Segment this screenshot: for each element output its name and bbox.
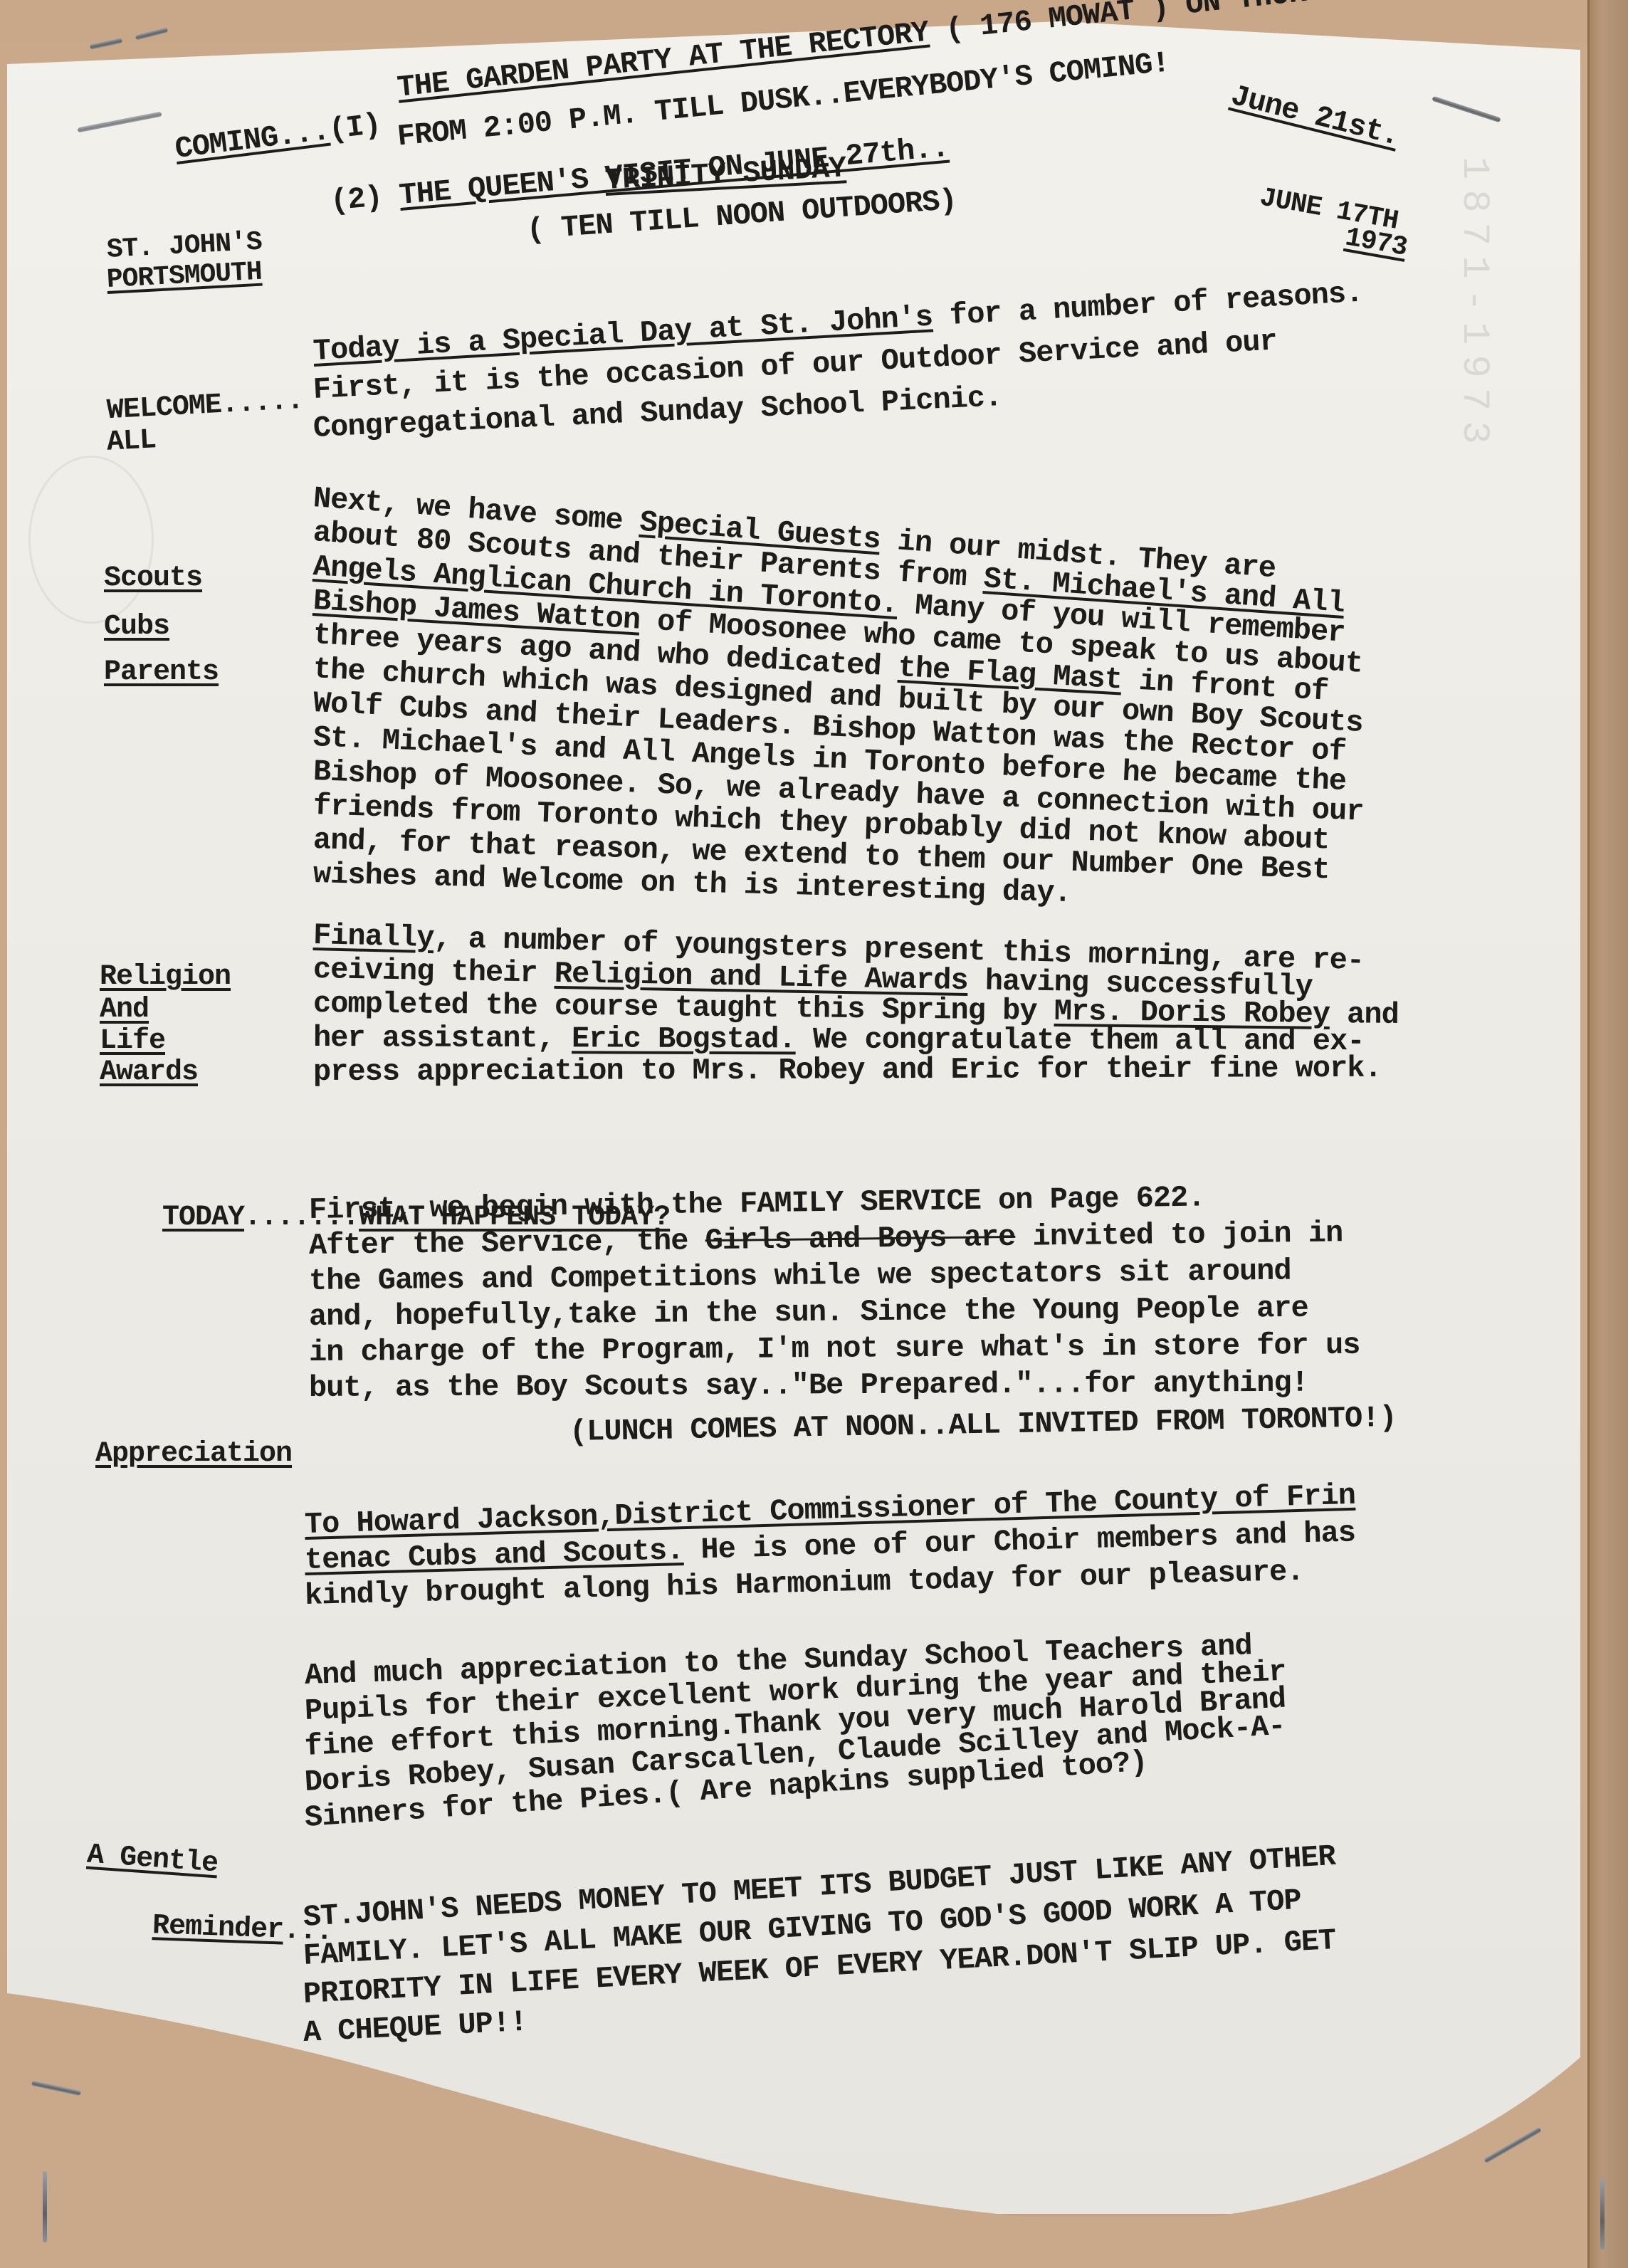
side-label-parents: Parents xyxy=(104,656,219,689)
text-line: and, hopefully,take in the sun. Since th… xyxy=(309,1291,1308,1334)
text-run: but, as the Boy Scouts say.."Be Prepared… xyxy=(309,1366,1308,1405)
text-run: for a number of reasons. xyxy=(932,276,1364,335)
underlined-phrase: Eric Bogstad. xyxy=(572,1022,796,1056)
side-label-awards: Awards xyxy=(100,1056,198,1089)
underlined-phrase: Finally xyxy=(313,918,434,955)
side-label-cubs: Cubs xyxy=(104,611,169,644)
text-line: press appreciation to Mrs. Robey and Eri… xyxy=(313,1051,1382,1089)
text-run: invited to join in xyxy=(1015,1216,1343,1254)
document: COMING...(I) THE GARDEN PARTY AT THE REC… xyxy=(0,0,1628,2268)
reminder-label-row: Reminder... xyxy=(85,1875,335,1982)
text-run: ceiving their xyxy=(313,952,555,991)
text-run: her assistant, xyxy=(313,1021,572,1056)
text-run: After the Service, the xyxy=(309,1224,705,1263)
reminder-label-line1: A Gentle xyxy=(86,1839,219,1881)
year-line: 1973 xyxy=(1343,221,1409,265)
side-label-and: And xyxy=(100,994,149,1027)
text-run: and, hopefully,take in the sun. Since th… xyxy=(309,1291,1308,1334)
text-line: in charge of the Program, I'm not sure w… xyxy=(309,1328,1360,1370)
welcome-all-label: ALL xyxy=(106,424,157,460)
garden-party-date: June 21st. xyxy=(1227,79,1402,154)
welcome-label: WELCOME..... xyxy=(106,385,304,428)
reminder-label-line2: Reminder xyxy=(152,1910,283,1946)
side-label-life: Life xyxy=(100,1025,165,1058)
text-run: press appreciation to Mrs. Robey and Eri… xyxy=(313,1051,1382,1089)
text-line: A CHEQUE UP!! xyxy=(303,2005,528,2050)
struck-phrase: Girls and Boys are xyxy=(705,1220,1015,1258)
side-label-scouts: Scouts xyxy=(104,562,202,595)
text-run: A CHEQUE UP!! xyxy=(303,2005,528,2050)
parish-location: PORTSMOUTH xyxy=(106,256,263,298)
appreciation-label: Appreciation xyxy=(95,1438,292,1471)
today-label: TODAY xyxy=(162,1202,244,1234)
item2-number: (2) xyxy=(329,180,384,219)
text-line: but, as the Boy Scouts say.."Be Prepared… xyxy=(309,1366,1308,1405)
text-run: in charge of the Program, I'm not sure w… xyxy=(309,1328,1360,1370)
lunch-note: (LUNCH COMES AT NOON..ALL INVITED FROM T… xyxy=(569,1401,1397,1449)
side-label-religion: Religion xyxy=(100,961,231,994)
